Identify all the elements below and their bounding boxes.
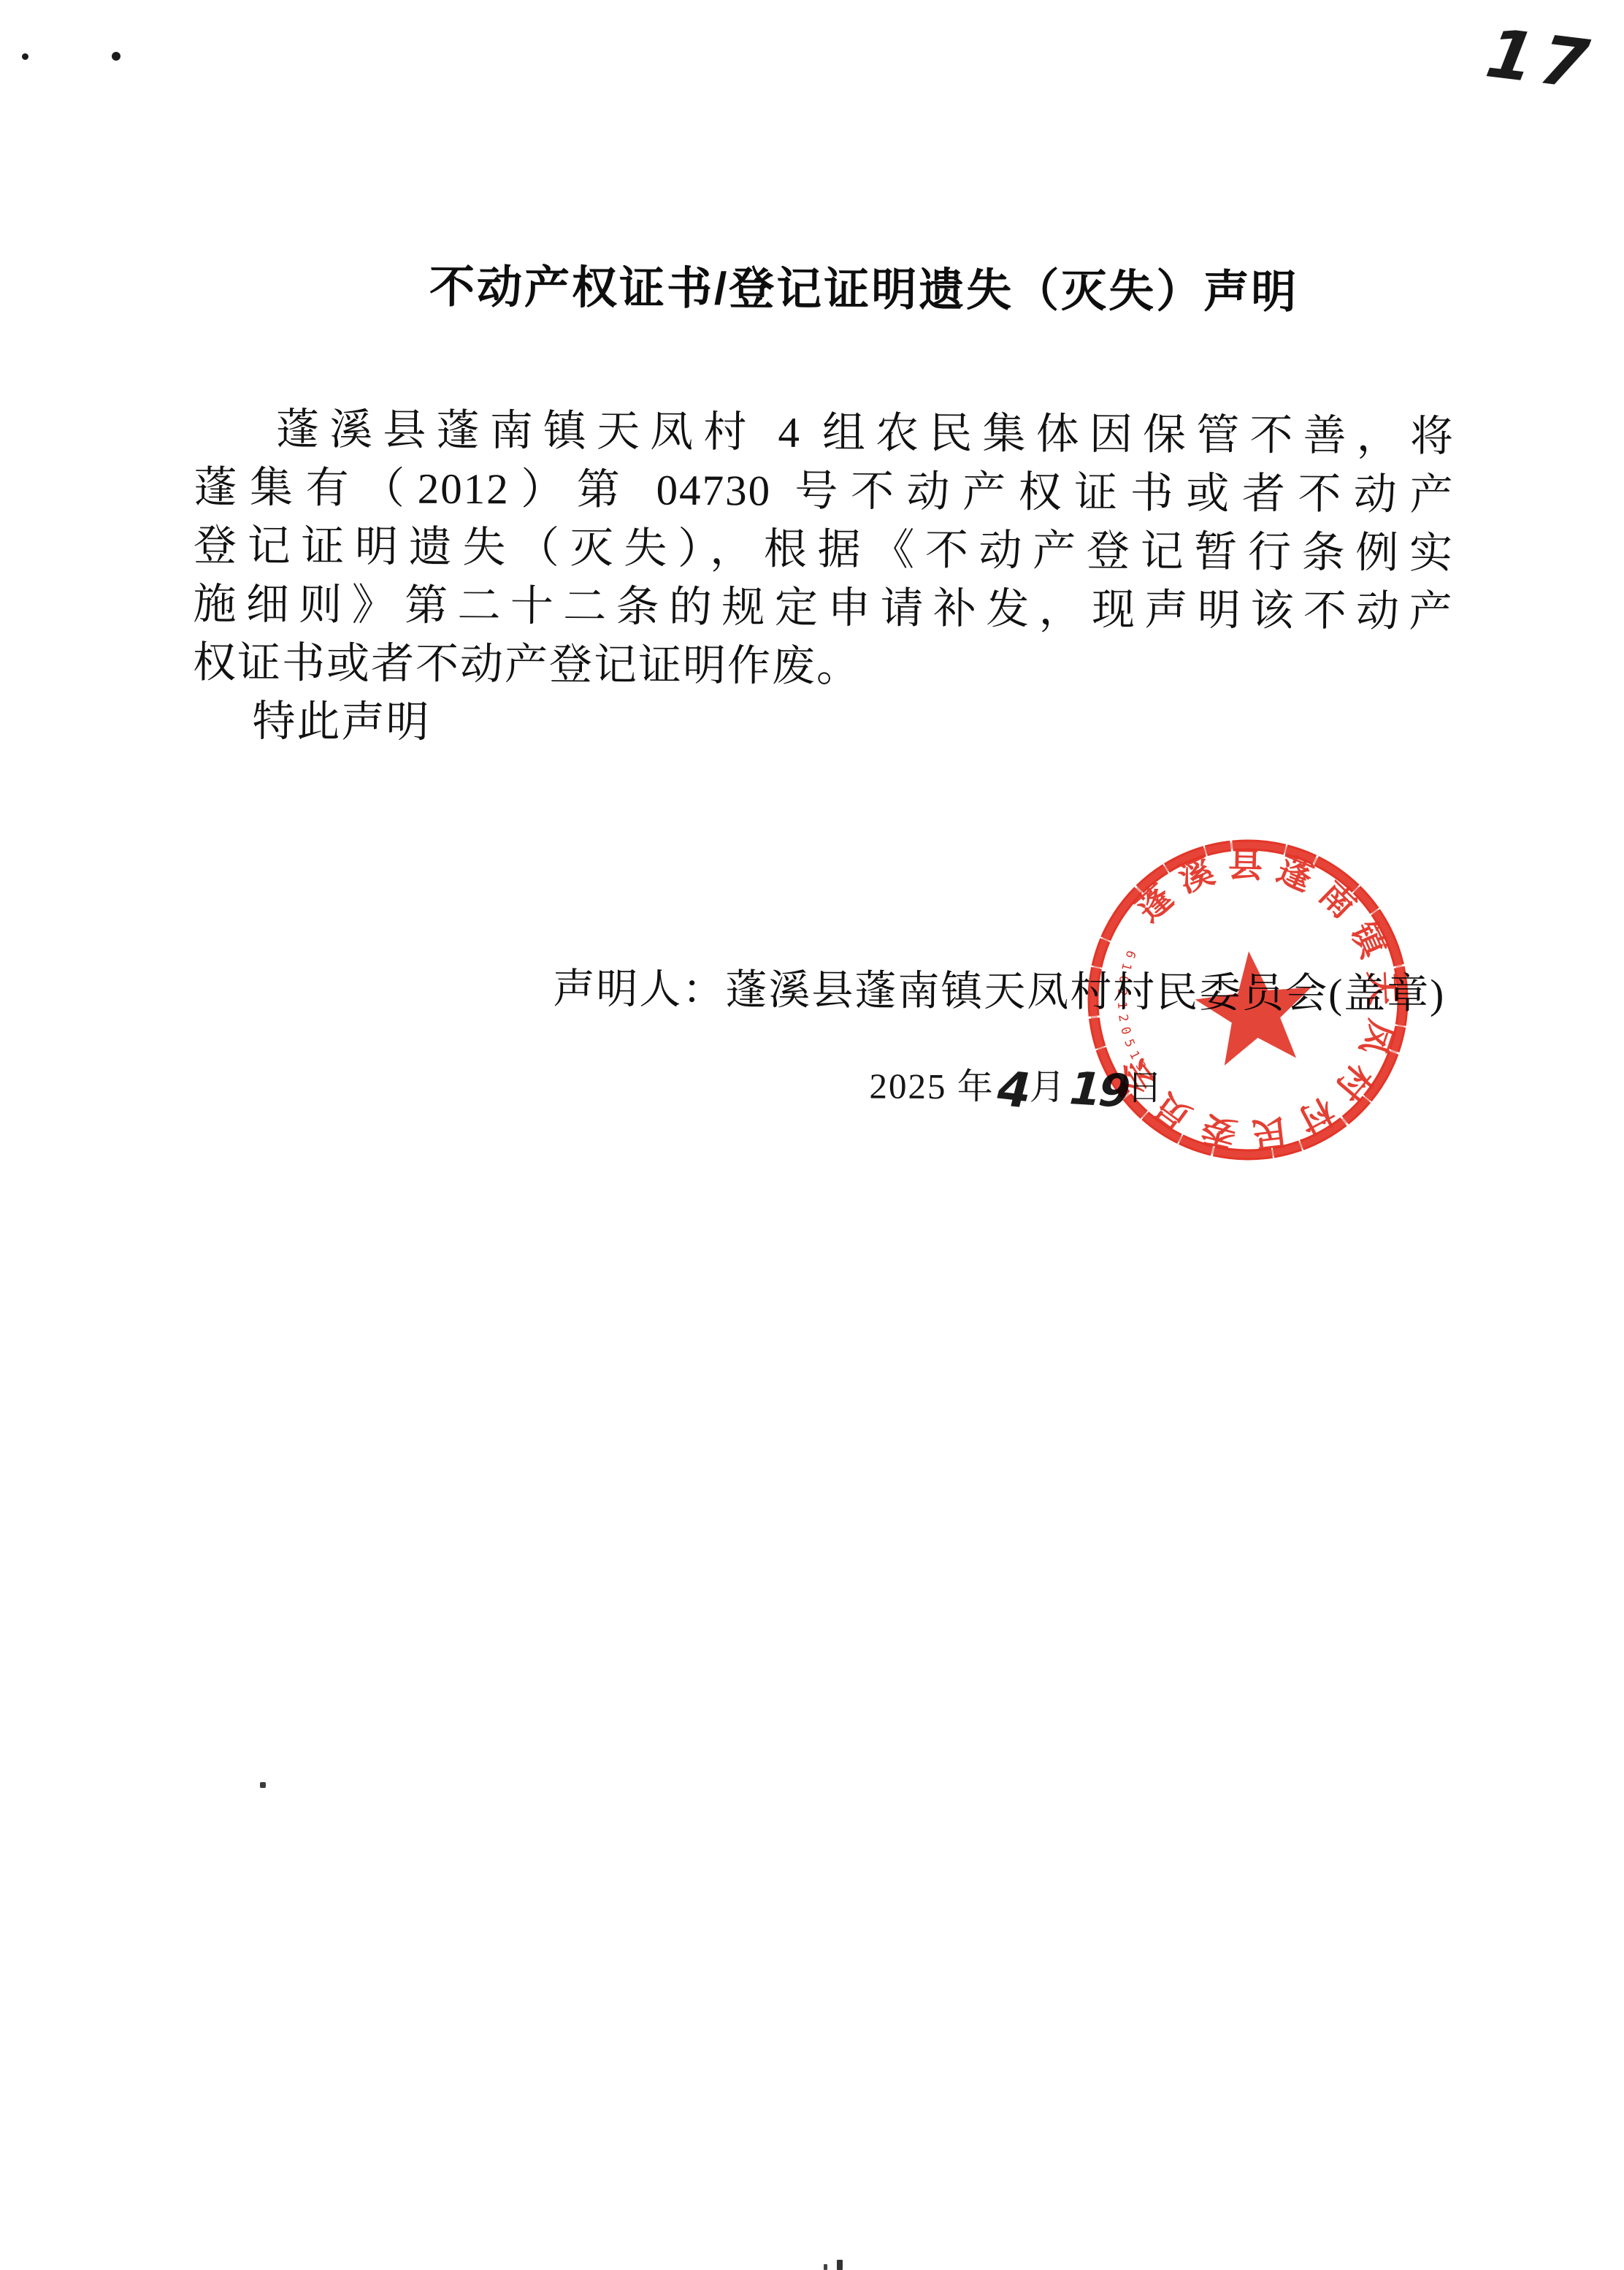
body-line-5: 权证书或者不动产登记证明作废。: [193, 633, 1453, 700]
star-icon: [1191, 945, 1319, 1068]
official-seal-stamp: 蓬溪县蓬南镇天凤村村民委员会 6102120513: [1060, 811, 1437, 1189]
date-year-printed: 2025 年: [869, 1066, 995, 1107]
body-line-1: 蓬溪县蓬南镇天凤村 4 组农民集体因保管不善，将: [194, 400, 1455, 466]
body-line-3: 登记证明遗失（灭失），根据《不动产登记暂行条例实: [194, 516, 1454, 583]
body-line-4: 施细则》第二十二条的规定申请补发，现声明该不动产: [193, 575, 1453, 641]
document-title: 不动产权证书/登记证明遗失（灭失）声明: [52, 248, 1624, 324]
scanned-document-page: 17 不动产权证书/登记证明遗失（灭失）声明 蓬溪县蓬南镇天凤村 4 组农民集体…: [0, 0, 1624, 2270]
body-line-2: 蓬集有（2012）第 04730 号不动产权证书或者不动产: [194, 458, 1454, 524]
body-line-6: 特此声明: [192, 692, 1452, 758]
date-month-handwritten: 4: [994, 1074, 1036, 1106]
document-body: 蓬溪县蓬南镇天凤村 4 组农民集体因保管不善，将 蓬集有（2012）第 0473…: [192, 400, 1455, 758]
